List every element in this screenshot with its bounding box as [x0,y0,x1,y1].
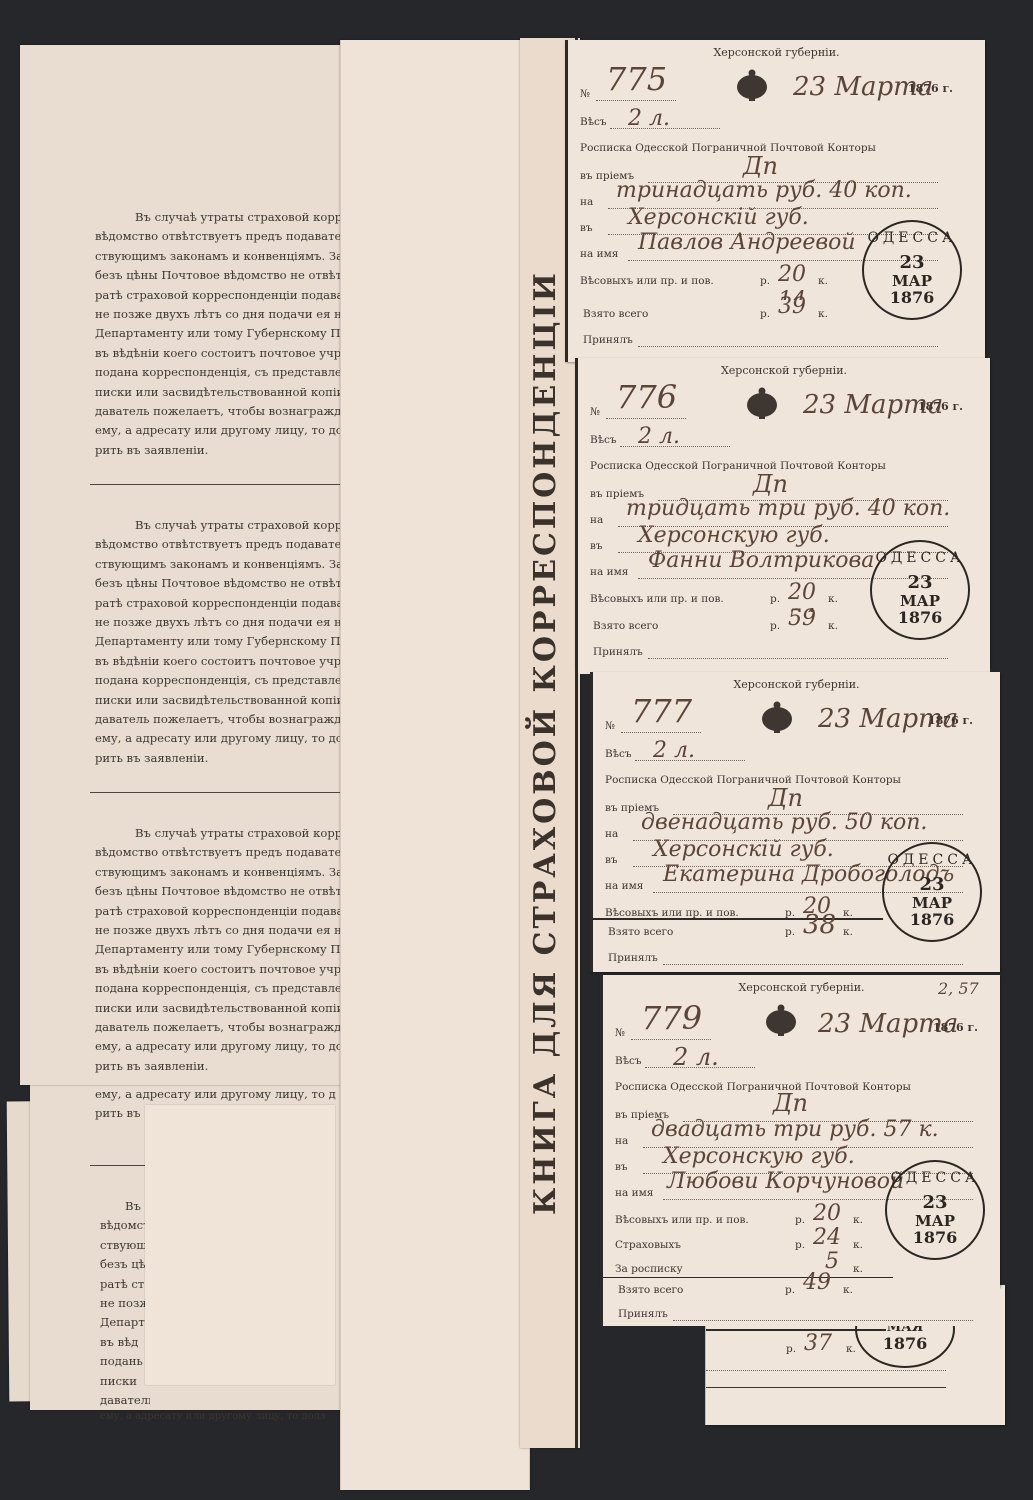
receipt-779-totals: Взято всего р. 49 к. Принялъ [600,1278,1000,1326]
amount-written: тринадцать руб. 40 коп. [616,178,912,203]
notice-partial-block: Въ вѣдомст ствующ безъ цѣ ратѣ ст не поз… [100,1197,150,1410]
section-divider [90,484,340,485]
notice-bottom-line: ему, а адресату или другому лицу, то дол… [100,1407,340,1426]
imperial-eagle-icon [759,700,795,734]
destination: Херсонскій губ. [628,205,809,230]
postmark-odessa: ОДЕССА 23 МАР 1876 [885,1160,985,1260]
weight-fee: 20 [778,262,806,287]
corner-note: 2, 57 [938,979,979,998]
addressee: Павлов Андреевой [638,230,856,255]
imperial-eagle-icon [763,1003,799,1037]
notice-block-2: Въ случаѣ утраты страховой корресп вѣдом… [95,516,345,768]
receipt-number: 776 [616,378,677,416]
spine-title: КНИГА ДЛЯ СТРАХОВОЙ КОРРЕСПОНДЕНЦІИ [528,38,568,1448]
postmark-odessa: ОДЕССА 23 МАР 1876 [862,220,962,320]
book-spine-strip [340,40,530,1490]
imperial-eagle-icon [744,386,780,420]
receipt-number: 777 [631,692,692,730]
section-divider [90,792,340,793]
receipt-weight: 2 л. [628,106,670,131]
total: 39 [778,294,806,319]
receipt-number: 779 [641,999,702,1037]
notice-block-3: Въ случаѣ утраты страховой корресп вѣдом… [95,824,345,1076]
blank-paper-patch [145,1105,335,1385]
notice-block-1: Въ случаѣ утраты страховой корресп вѣдом… [95,208,345,460]
section-divider [90,1165,150,1166]
postmark-odessa: ОДЕССА 23 МАР 1876 [870,540,970,640]
postmark-odessa: ОДЕССА 23 МАР 1876 [882,842,982,942]
receipt-number: 775 [606,60,667,98]
imperial-eagle-icon [734,68,770,102]
